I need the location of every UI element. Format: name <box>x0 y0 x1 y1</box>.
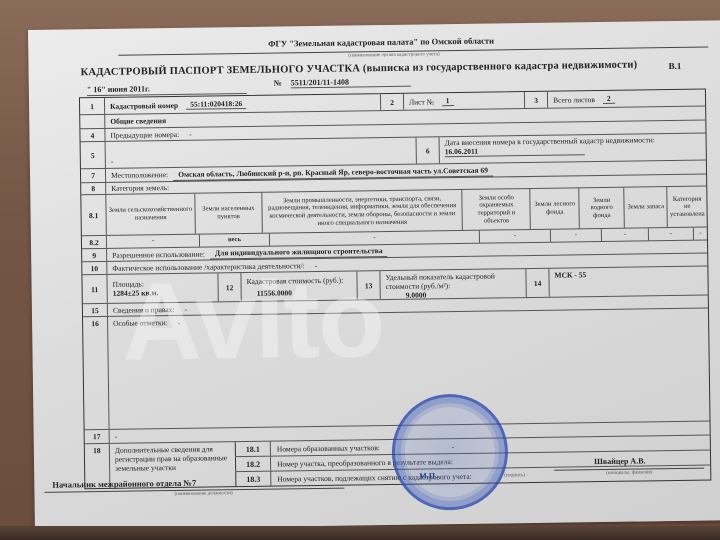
row-number <box>80 115 105 128</box>
row-number: 13 <box>356 271 380 299</box>
permitted-use-value: Для индивидуального жилищного строительс… <box>210 245 388 259</box>
row-number: 8.2 <box>82 236 107 248</box>
category-header: Категория не установлена <box>668 187 707 228</box>
category-value: - <box>602 228 649 241</box>
row-number: 9 <box>82 249 107 261</box>
row-number: 8.1 <box>81 195 107 235</box>
signer-caption: (инициалы, фамилия) <box>606 470 652 476</box>
number-label: № <box>274 78 282 87</box>
location-label: Местоположение: <box>106 168 173 182</box>
total-sheets-value: 2 <box>603 94 615 104</box>
row-number: 16 <box>83 317 110 429</box>
coordinate-system: МСК - 55 <box>549 267 707 297</box>
previous-numbers-label: Предыдущие номера: <box>105 128 184 141</box>
position-caption: (наименование должности) <box>174 491 232 497</box>
category-value: - <box>107 235 200 248</box>
cadastral-number-label: Кадастровый номер <box>110 100 178 110</box>
row-number: 12 <box>217 273 241 301</box>
previous-numbers-value: - <box>184 128 197 140</box>
row-number: 5 <box>81 142 106 168</box>
special-notes-value: - <box>173 316 186 329</box>
land-category-label: Категория земель: <box>106 182 174 194</box>
document-date: " 16" июня 2011г. <box>87 84 150 94</box>
stamp-label: М.П. <box>419 471 437 480</box>
row-number: 14 <box>525 269 549 297</box>
unit-value-label: Удельный показатель кадастровой стоимост… <box>385 271 520 291</box>
area-label: Площадь: <box>112 279 143 288</box>
row-number: 18.3 <box>235 472 271 487</box>
row-number: 7 <box>81 169 106 182</box>
document-number: 5511/201/11-1408 <box>291 77 411 89</box>
special-notes-label: Особые отметки: <box>108 316 173 330</box>
sheet-number-label: Лист № <box>409 97 434 106</box>
actual-use-value: - <box>310 259 323 271</box>
sheet-number-cell: Лист № 1 <box>404 92 524 110</box>
cadastral-number-value: 55:11:020418:26 <box>186 99 246 110</box>
organization-name: ФГУ "Земельная кадастровая палата" по Ом… <box>268 35 494 48</box>
rights-value: - <box>179 303 192 315</box>
row-number: 1 <box>80 98 105 114</box>
row-number: 6 <box>416 137 440 163</box>
area-cell: Площадь: 1284±25 кв.м. <box>107 273 217 303</box>
cadastral-value-label: Кадастровая стоимость (руб.): <box>246 275 343 285</box>
row-number: 2 <box>380 94 404 110</box>
row-number: 18.2 <box>235 457 271 472</box>
row-number: 17 <box>85 430 110 443</box>
row-17-value: - <box>110 430 123 443</box>
rights-label: Сведения о правах: <box>108 303 180 316</box>
row-number: 3 <box>524 92 548 108</box>
area-value: 1284±25 кв.м. <box>113 288 159 298</box>
sheet-number-value: 1 <box>442 96 454 106</box>
category-header: Земли промышленности, энергетики, трансп… <box>262 190 463 233</box>
formed-plots-label: Номера образованных участков: <box>271 440 386 456</box>
total-sheets-cell: Всего листов 2 <box>548 90 705 108</box>
official-position: Начальник межрайонного отдела №7 <box>52 478 196 490</box>
category-header: Земли сельскохозяйственного назначения <box>106 194 195 235</box>
row-number: 18.1 <box>235 442 271 457</box>
registration-date-value: 16.06.2011 <box>445 145 585 157</box>
row-number: 11 <box>82 275 107 303</box>
row-number: 8 <box>81 183 106 194</box>
category-header: Земли особо охраняемых территорий и объе… <box>463 189 531 230</box>
row-5-value: - <box>106 138 416 168</box>
category-header: Земли лесного фонда <box>531 188 580 229</box>
signature-caption: (подпись) <box>504 473 525 478</box>
category-value: весь <box>200 234 270 247</box>
document-title: КАДАСТРОВЫЙ ПАСПОРТ ЗЕМЕЛЬНОГО УЧАСТКА (… <box>81 59 638 78</box>
form-code: В.1 <box>668 61 681 71</box>
official-stamp <box>391 393 509 511</box>
category-value: - <box>480 230 551 243</box>
category-header: Земли запаса <box>624 187 668 228</box>
general-section-title: Общие сведения <box>105 114 171 128</box>
permitted-use-label: Разрешенное использование: <box>107 247 210 260</box>
cadastral-value-cell: Кадастровая стоимость (руб.): 11556.0000 <box>241 271 356 301</box>
row-number: 15 <box>83 304 108 316</box>
row-number: 10 <box>82 262 107 274</box>
category-header: Земли населенных пунктов <box>195 193 263 234</box>
category-header: Земли водного фонда <box>579 188 625 229</box>
unit-value: 9.0000 <box>406 290 427 299</box>
organization-caption: (наименование органа кадастрового учета) <box>348 52 439 58</box>
cadastral-passport-sheet: ФГУ "Земельная кадастровая палата" по Ом… <box>28 20 720 530</box>
row-16: 16 Особые отметки: - <box>83 309 710 431</box>
cadastral-value: 11556.0000 <box>257 288 292 297</box>
row-number: 4 <box>80 129 105 141</box>
total-sheets-label: Всего листов <box>553 95 595 105</box>
signer-name: Швайцер А.В. <box>594 456 646 466</box>
unit-value-cell: Удельный показатель кадастровой стоимост… <box>380 269 525 299</box>
table-surface <box>0 526 720 540</box>
category-value: - <box>649 228 694 241</box>
passport-table: 1 Кадастровый номер 55:11:020418:26 2 Ли… <box>79 89 711 490</box>
registration-date-cell: Дата внесения номера в государственный к… <box>440 134 706 164</box>
category-value: - <box>694 228 707 240</box>
category-value: - <box>551 229 602 242</box>
